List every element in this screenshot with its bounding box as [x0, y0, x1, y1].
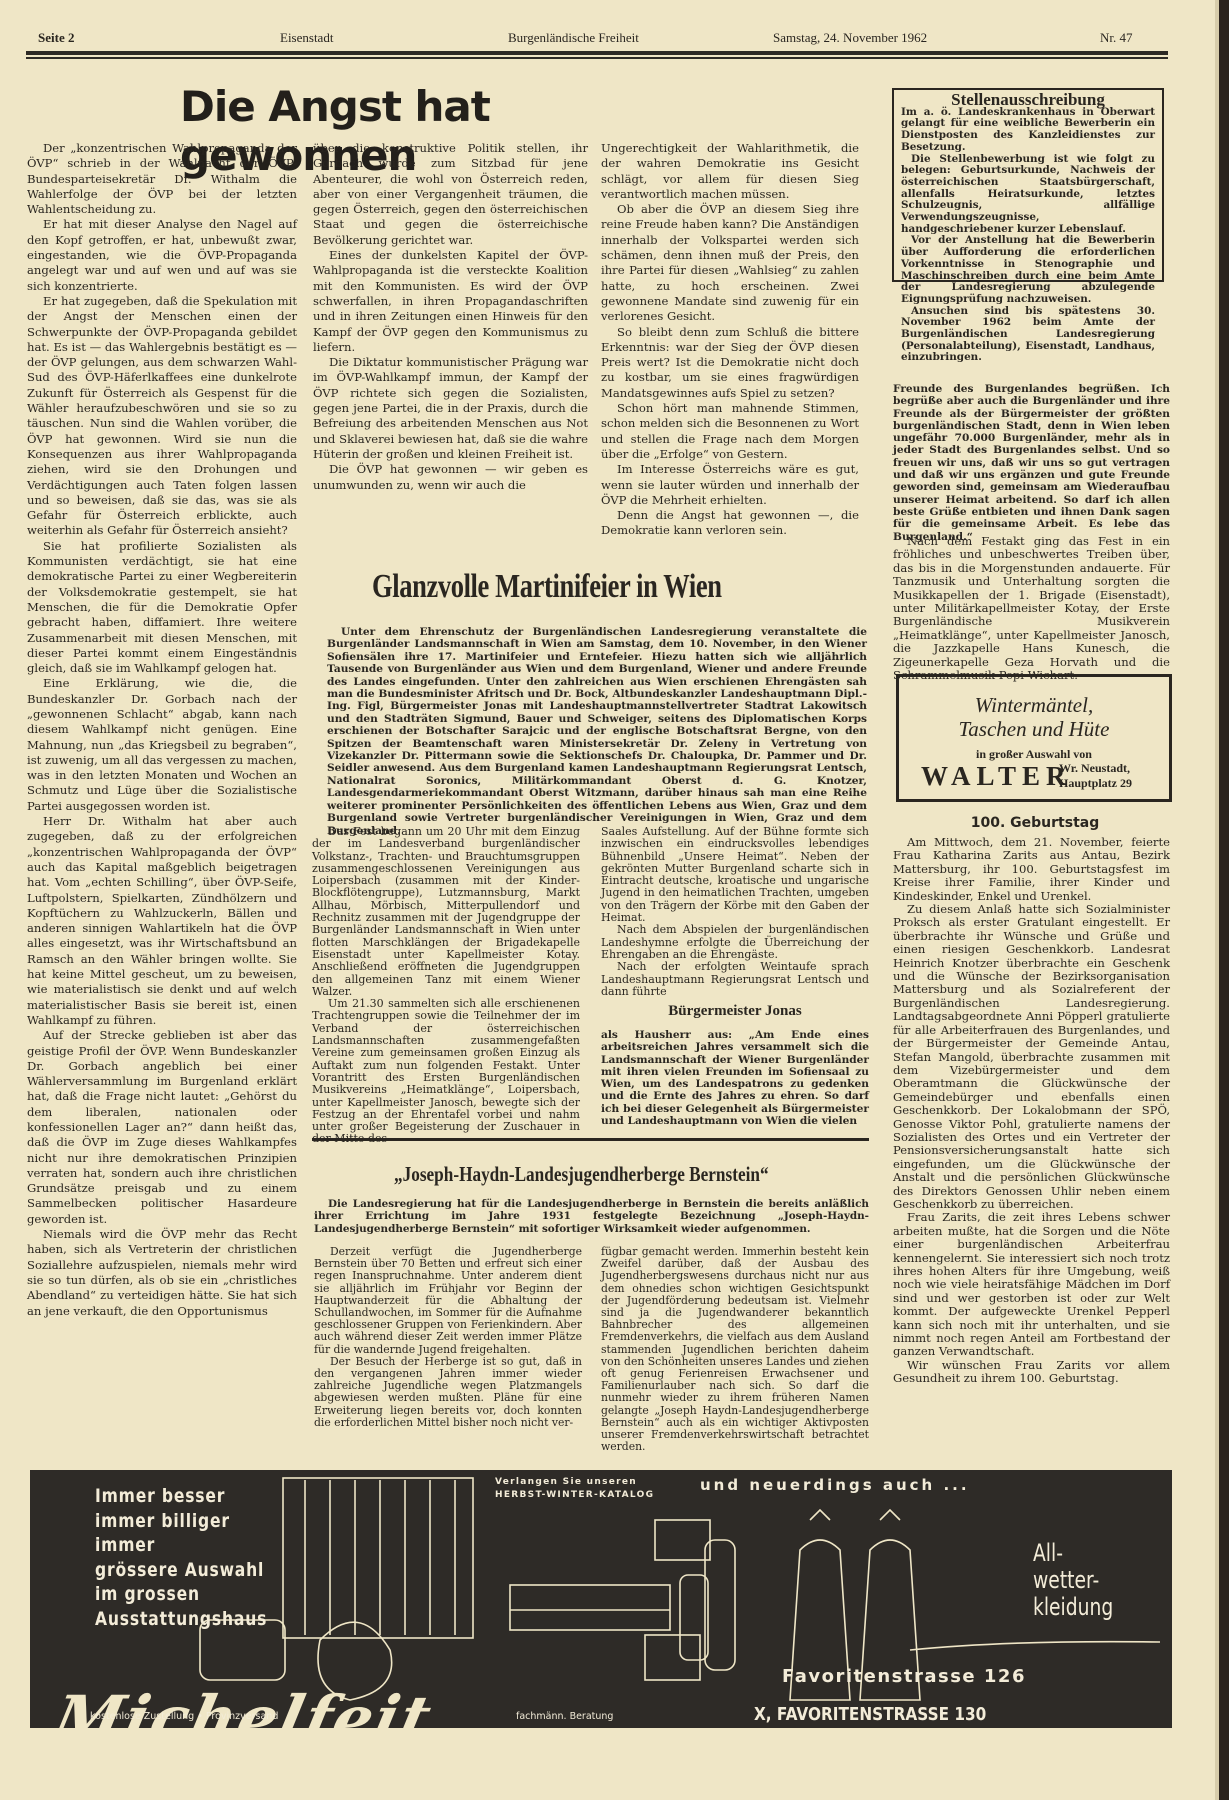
paragraph: Herr Dr. Withalm hat aber auch zugegeben… [27, 814, 297, 1028]
lead-article-column-3: Ungerechtigkeit der Wahlarithmetik, die … [601, 141, 859, 539]
birthday-article: Am Mittwoch, dem 21. November, feierte F… [893, 836, 1170, 1386]
jonas-quote-continuation: Freunde des Burgenlandes begrüßen. Ich b… [893, 383, 1170, 543]
paragraph: Das Fest begann um 20 Uhr mit dem Einzug… [312, 826, 580, 998]
paragraph: Freunde des Burgenlandes begrüßen. Ich b… [893, 383, 1170, 543]
ad-favoriten-126: Favoritenstrasse 126 [782, 1666, 1026, 1687]
paragraph: Ungerechtigkeit der Wahlarithmetik, die … [601, 141, 859, 202]
paragraph: Der Besuch der Herberge ist so gut, daß … [314, 1356, 582, 1429]
paragraph: Im Interesse Österreichs wäre es gut, we… [601, 462, 859, 508]
haydn-article-title: „Joseph-Haydn-Landesjugendherberge Berns… [394, 1162, 769, 1187]
haydn-column-2: fügbar gemacht werden. Immerhin besteht … [601, 1246, 869, 1453]
paragraph: Um 21.30 sammelten sich alle erschienene… [312, 998, 580, 1146]
paragraph: Denn die Angst hat gewonnen —, die Demok… [601, 508, 859, 539]
page-number: Seite 2 [38, 30, 74, 46]
jonas-subheading: Bürgermeister Jonas [601, 1003, 869, 1020]
issue-number: Nr. 47 [1100, 30, 1133, 46]
paragraph: Er hat zugegeben, daß die Spekulation mi… [27, 294, 297, 539]
paragraph: Im a. ö. Landeskrankenhaus in Oberwart g… [901, 107, 1155, 154]
paragraph: Vor der Anstellung hat die Bewerberin üb… [901, 235, 1155, 305]
martini-article-title: Glanzvolle Martinifeier in Wien [372, 568, 722, 606]
paragraph: Frau Zarits, die zeit ihres Lebens schwe… [893, 1211, 1170, 1358]
ad-slogan: Immer besser immer billiger immer grösse… [95, 1484, 267, 1631]
paragraph: Die Diktatur kommunistischer Prägung war… [313, 355, 588, 462]
page-binding-edge [1219, 0, 1229, 1800]
walter-address: Wr. Neustadt, Hauptplatz 29 [1059, 761, 1132, 791]
martini-column-1: Das Fest begann um 20 Uhr mit dem Einzug… [312, 826, 580, 1146]
newspaper-name: Burgenländische Freiheit [508, 30, 639, 46]
paragraph: Eine Erklärung, wie die, die Bundeskanzl… [27, 676, 297, 814]
paragraph: Niemals wird die ÖVP mehr das Recht habe… [27, 1227, 297, 1319]
header-rule [26, 51, 1168, 55]
paragraph: Die ÖVP hat gewonnen — wir geben es unum… [313, 462, 588, 493]
lead-article-column-2: über die konstruktive Politik stellen, i… [313, 141, 588, 493]
page-header: Seite 2 Eisenstadt Burgenländische Freih… [0, 28, 1160, 52]
paragraph: als Hausherr aus: „Am Ende eines arbeits… [601, 1029, 869, 1127]
ad-catalog-notice: Verlangen Sie unseren HERBST-WINTER-KATA… [495, 1476, 654, 1502]
paragraph: Am Mittwoch, dem 21. November, feierte F… [893, 836, 1170, 903]
paragraph: Die Landesregierung hat für die Landesju… [314, 1198, 869, 1235]
paragraph: So bleibt denn zum Schluß die bittere Er… [601, 325, 859, 401]
paragraph: Zu diesem Anlaß hatte sich Sozialministe… [893, 903, 1170, 1211]
section-divider [312, 1138, 869, 1141]
paragraph: Ob aber die ÖVP an diesem Sieg ihre rein… [601, 202, 859, 324]
paragraph: über die konstruktive Politik stellen, i… [313, 141, 588, 248]
jonas-quote: als Hausherr aus: „Am Ende eines arbeits… [601, 1029, 869, 1127]
paragraph: Die Stellenbewerbung ist wie folgt zu be… [901, 154, 1155, 236]
paragraph: Derzeit verfügt die Jugendherberge Berns… [314, 1246, 582, 1356]
paragraph: Nach dem Festakt ging das Fest in ein fr… [893, 535, 1170, 682]
ad-allwetter: All- wetter- kleidung [1033, 1540, 1113, 1621]
ad-neuerdings: und neuerdings auch ... [700, 1476, 970, 1494]
paragraph: Der „konzentrischen Wahlpropaganda der Ö… [27, 141, 297, 217]
lead-article-column-1: Der „konzentrischen Wahlpropaganda der Ö… [27, 141, 297, 1319]
header-rule-thin [26, 57, 1168, 59]
paragraph: Unter dem Ehrenschutz der Burgenländisch… [327, 626, 867, 837]
paragraph: fügbar gemacht werden. Immerhin besteht … [601, 1246, 869, 1453]
ad-services: kostenlose Zustellung • Provinzversand [90, 1711, 278, 1722]
haydn-column-1: Derzeit verfügt die Jugendherberge Berns… [314, 1246, 582, 1429]
ad-beratung: fachmänn. Beratung [516, 1711, 613, 1722]
michelfeit-advertisement: Immer besser immer billiger immer grösse… [30, 1470, 1172, 1728]
walter-brand: WALTER [921, 761, 1072, 792]
paragraph: Auf der Strecke geblieben ist aber das g… [27, 1028, 297, 1227]
header-place: Eisenstadt [280, 30, 333, 46]
paragraph: Er hat mit dieser Analyse den Nagel auf … [27, 217, 297, 293]
paragraph: Nach dem Abspielen der burgenländischen … [601, 924, 869, 961]
paragraph: Sie hat profilierte Sozialisten als Komm… [27, 539, 297, 677]
paragraph: Eines der dunkelsten Kapitel der ÖVP-Wah… [313, 248, 588, 355]
haydn-lead: Die Landesregierung hat für die Landesju… [314, 1198, 869, 1235]
job-ad-box: Stellenausschreibung Im a. ö. Landeskran… [892, 88, 1164, 282]
paragraph: Nach der erfolgten Weintaufe sprach Land… [601, 961, 869, 998]
martini-column-2: Saales Aufstellung. Auf der Bühne formte… [601, 826, 869, 998]
martini-closing: Nach dem Festakt ging das Fest in ein fr… [893, 535, 1170, 682]
issue-date: Samstag, 24. November 1962 [773, 30, 927, 46]
martini-lead: Unter dem Ehrenschutz der Burgenländisch… [327, 626, 867, 837]
walter-line-1: Wintermäntel, Taschen und Hüte [899, 693, 1169, 741]
paragraph: Wir wünschen Frau Zarits vor allem Gesun… [893, 1359, 1170, 1386]
paragraph: Ansuchen sind bis spätestens 30. Novembe… [901, 306, 1155, 365]
birthday-title: 100. Geburtstag [900, 815, 1170, 831]
walter-line-3: in großer Auswahl von [899, 747, 1169, 762]
paragraph: Schon hört man mahnende Stimmen, schon m… [601, 401, 859, 462]
paragraph: Saales Aufstellung. Auf der Bühne formte… [601, 826, 869, 924]
ad-addresses: X, FAVORITENSTRASSE 130 X, QUELLENSTRASS… [754, 1704, 1014, 1728]
job-ad-title: Stellenausschreibung [901, 94, 1155, 106]
walter-advertisement: Wintermäntel, Taschen und Hüte in großer… [896, 674, 1172, 802]
